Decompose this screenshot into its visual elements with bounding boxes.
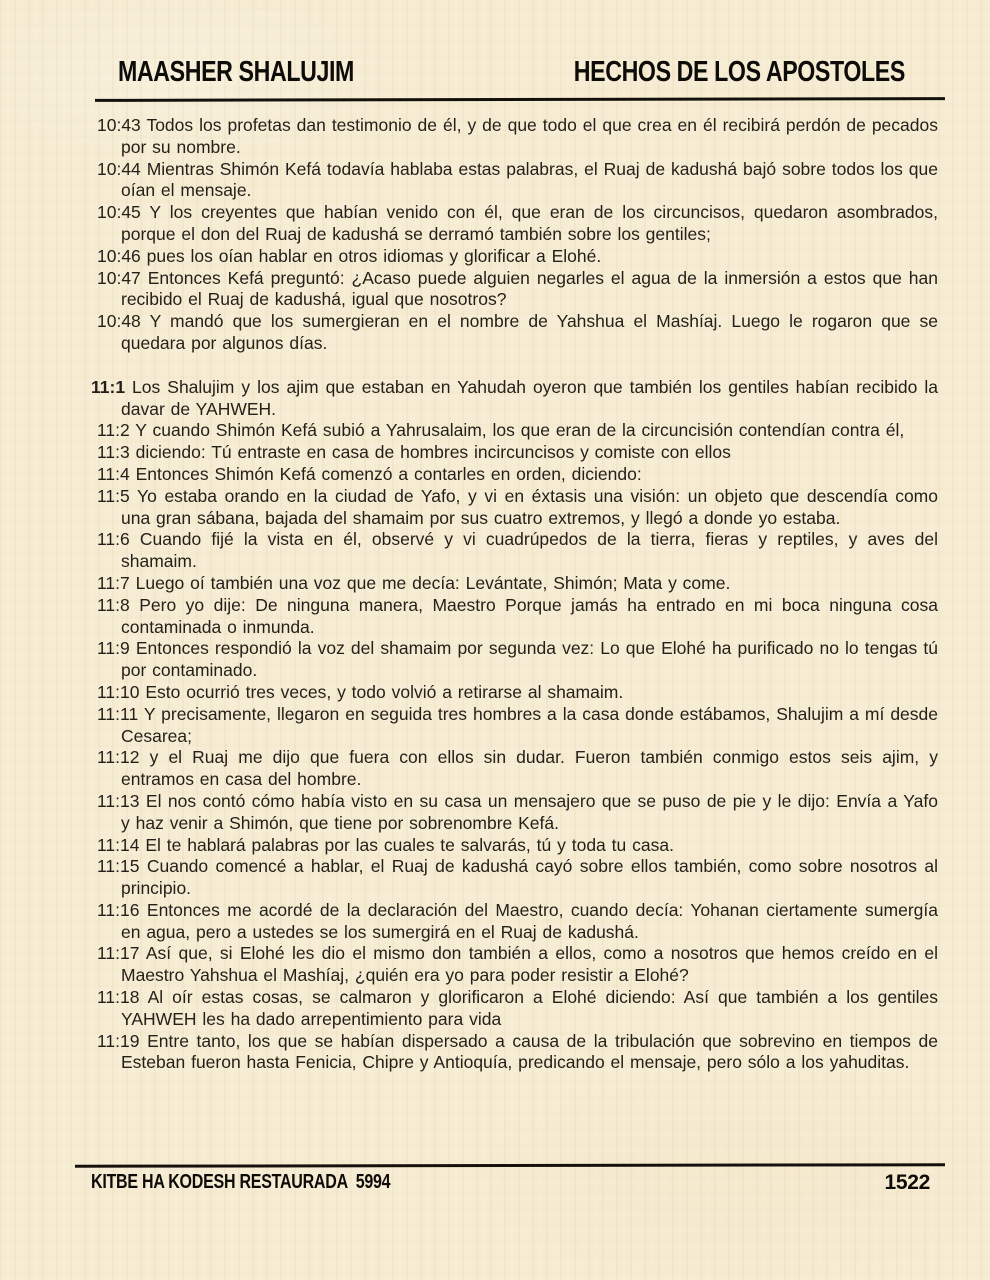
- verse: 11:14 El te hablará palabras por las cua…: [97, 835, 938, 857]
- verse-text: Los Shalujim y los ajim que estaban en Y…: [121, 377, 938, 419]
- verse: 11:7 Luego oí también una voz que me dec…: [97, 573, 938, 595]
- verse: 11:2 Y cuando Shimón Kefá subió a Yahrus…: [97, 420, 938, 442]
- verse-text: Y precisamente, llegaron en seguida tres…: [121, 704, 938, 746]
- verse-text: Entonces Shimón Kefá comenzó a contarles…: [130, 464, 642, 484]
- verse: 11:18 Al oír estas cosas, se calmaron y …: [97, 987, 938, 1031]
- verse: 11:11 Y precisamente, llegaron en seguid…: [97, 704, 938, 748]
- verse-number: 11:8: [97, 595, 130, 615]
- verse: 11:19 Entre tanto, los que se habían dis…: [97, 1031, 938, 1075]
- verse: 11:13 El nos contó cómo había visto en s…: [97, 791, 938, 835]
- verse: 11:6 Cuando fijé la vista en él, observé…: [97, 529, 938, 573]
- verse: 11:3 diciendo: Tú entraste en casa de ho…: [97, 442, 938, 464]
- verse-number: 11:14: [97, 835, 140, 855]
- verse: 11:16 Entonces me acordé de la declaraci…: [97, 900, 938, 944]
- verse-text: Así que, si Elohé les dio el mismo don t…: [121, 943, 938, 985]
- verse-text: Esto ocurrió tres veces, y todo volvió a…: [140, 682, 624, 702]
- verse-number: 11:13: [97, 791, 140, 811]
- verse: 11:9 Entonces respondió la voz del shama…: [97, 638, 938, 682]
- verse-text: Pero yo dije: De ninguna manera, Maestro…: [121, 595, 938, 637]
- footer-edition-title: KITBE HA KODESH RESTAURADA 5994: [91, 1171, 390, 1194]
- verse-text: Luego oí también una voz que me decía: L…: [130, 573, 731, 593]
- verse-text: Cuando comencé a hablar, el Ruaj de kadu…: [121, 856, 938, 898]
- verse: 11:8 Pero yo dije: De ninguna manera, Ma…: [97, 595, 938, 639]
- verse-number: 11:6: [97, 529, 130, 549]
- verse-text: Entonces respondió la voz del shamaim po…: [121, 638, 938, 680]
- verse-number: 11:7: [97, 573, 130, 593]
- verse: 10:43 Todos los profetas dan testimonio …: [97, 115, 938, 159]
- verse-number: 11:4: [97, 464, 130, 484]
- verse: 10:46 pues los oían hablar en otros idio…: [97, 246, 938, 268]
- verse-number: 11:16: [97, 900, 140, 920]
- verse-text: Y mandó que los sumergieran en el nombre…: [121, 311, 938, 353]
- verse-number: 11:2: [97, 420, 130, 440]
- verse-number: 10:47: [97, 268, 141, 288]
- verse: 11:5 Yo estaba orando en la ciudad de Ya…: [97, 486, 938, 530]
- verse-text: Y los creyentes que habían venido con él…: [121, 202, 938, 244]
- verse-number: 10:48: [97, 311, 141, 331]
- verse-number: 11:18: [97, 987, 140, 1007]
- verse-text: Mientras Shimón Kefá todavía hablaba est…: [121, 159, 938, 201]
- verse-text: El te hablará palabras por las cuales te…: [140, 835, 674, 855]
- verse-text: Entonces me acordé de la declaración del…: [121, 900, 938, 942]
- verse: 11:15 Cuando comencé a hablar, el Ruaj d…: [97, 856, 938, 900]
- verse-number: 10:44: [97, 159, 141, 179]
- page-number: 1522: [884, 1171, 930, 1195]
- running-head-right: HECHOS DE LOS APOSTOLES: [574, 56, 905, 89]
- verse: 11:12 y el Ruaj me dijo que fuera con el…: [97, 747, 938, 791]
- verse: 10:48 Y mandó que los sumergieran en el …: [97, 311, 938, 355]
- verse: 10:47 Entonces Kefá preguntó: ¿Acaso pue…: [97, 268, 938, 312]
- verse-number: 11:19: [97, 1031, 140, 1051]
- running-head-left: MAASHER SHALUJIM: [118, 56, 354, 89]
- verse-text: y el Ruaj me dijo que fuera con ellos si…: [121, 747, 938, 789]
- verse-text: Cuando fijé la vista en él, observé y vi…: [121, 529, 938, 571]
- verse-text: Yo estaba orando en la ciudad de Yafo, y…: [121, 486, 938, 528]
- verse-number: 11:3: [97, 442, 130, 462]
- verse-text: Y cuando Shimón Kefá subió a Yahrusalaim…: [130, 420, 905, 440]
- verse-text: Al oír estas cosas, se calmaron y glorif…: [121, 987, 938, 1029]
- verse-text: El nos contó cómo había visto en su casa…: [121, 791, 938, 833]
- verse: 10:45 Y los creyentes que habían venido …: [97, 202, 938, 246]
- verse-number: 10:46: [97, 246, 141, 266]
- verse-text: Entonces Kefá preguntó: ¿Acaso puede alg…: [121, 268, 938, 310]
- verse-text: Todos los profetas dan testimonio de él,…: [121, 115, 938, 157]
- verse-number: 11:15: [97, 856, 140, 876]
- verse-number: 11:1: [91, 377, 125, 397]
- verse-text: pues los oían hablar en otros idiomas y …: [141, 246, 601, 266]
- header-rule: [95, 97, 945, 102]
- verse-number: 11:10: [97, 682, 140, 702]
- verse: 11:4 Entonces Shimón Kefá comenzó a cont…: [97, 464, 938, 486]
- verse-number: 11:17: [97, 943, 140, 963]
- verse-number: 10:45: [97, 202, 141, 222]
- verse-text: diciendo: Tú entraste en casa de hombres…: [130, 442, 731, 462]
- verse: 11:1 Los Shalujim y los ajim que estaban…: [97, 377, 938, 421]
- verse-text: Entre tanto, los que se habían dispersad…: [121, 1031, 938, 1073]
- footer-rule: [75, 1163, 945, 1168]
- verse-number: 11:11: [97, 704, 138, 724]
- verse: 11:17 Así que, si Elohé les dio el mismo…: [97, 943, 938, 987]
- verse: 10:44 Mientras Shimón Kefá todavía habla…: [97, 159, 938, 203]
- verse-number: 11:12: [97, 747, 140, 767]
- verse-number: 11:5: [97, 486, 130, 506]
- verse-list: 10:43 Todos los profetas dan testimonio …: [97, 115, 938, 1074]
- verse-number: 10:43: [97, 115, 141, 135]
- verse: 11:10 Esto ocurrió tres veces, y todo vo…: [97, 682, 938, 704]
- scanned-scripture-page: MAASHER SHALUJIM HECHOS DE LOS APOSTOLES…: [0, 0, 990, 1280]
- verse-number: 11:9: [97, 638, 130, 658]
